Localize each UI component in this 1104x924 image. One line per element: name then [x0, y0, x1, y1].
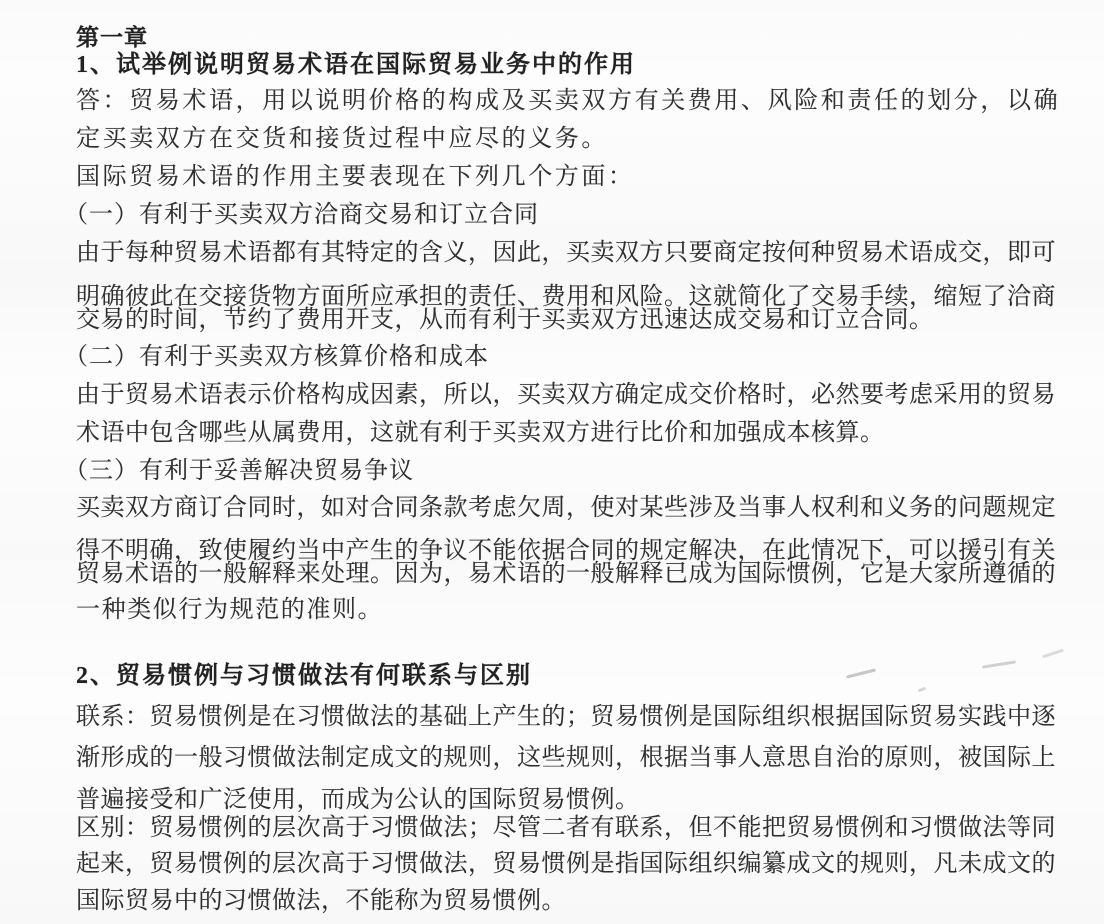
q1-answer-line: 国际贸易术语的作用主要表现在下列几个方面：	[76, 165, 635, 189]
q2-answer-line: 区别：贸易惯例的层次高于习惯做法；尽管二者有联系，但不能把贸易惯例和习惯做法等同	[76, 816, 1056, 840]
q1-answer-line: 得不明确，致使履约当中产生的争议不能依据合同的规定解决，在此情况下，可以援引有关	[76, 539, 1056, 563]
q1-answer-line: 由于贸易术语表示价格构成因素，所以，买卖双方确定成交价格时，必然要考虑采用的贸易	[76, 383, 1056, 407]
q2-answer-line: 起来，贸易惯例的层次高于习惯做法，贸易惯例是指国际组织编纂成文的规则，凡未成文的	[76, 852, 1056, 876]
q1-answer-line: 由于每种贸易术语都有其特定的含义，因此，买卖双方只要商定按何种贸易术语成交，即可	[76, 241, 1056, 265]
question-2-heading: 2、贸易惯例与习惯做法有何联系与区别	[76, 664, 532, 688]
scan-smudge-mark	[982, 660, 1016, 668]
q1-answer-line: 明确彼此在交接货物方面所应承担的责任、费用和风险。这就简化了交易手续，缩短了洽商	[76, 285, 1056, 309]
q1-answer-line: 术语中包含哪些从属费用，这就有利于买卖双方进行比价和加强成本核算。	[76, 421, 885, 445]
q1-point-2-subheading: （二）有利于买卖双方核算价格和成本	[64, 345, 489, 369]
q1-answer-line: 定买卖双方在交货和接货过程中应尽的义务。	[76, 127, 608, 151]
q1-answer-line: 一种类似行为规范的准则。	[76, 598, 383, 622]
scan-smudge-mark	[1042, 649, 1064, 659]
chapter-heading: 第一章	[76, 26, 148, 49]
scan-smudge-mark	[918, 687, 927, 693]
scan-smudge-mark	[846, 668, 876, 678]
q1-answer-line: 交易的时间，节约了费用开支，从而有利于买卖双方迅速达成交易和订立合同。	[76, 308, 934, 332]
document-page: 第一章 1、试举例说明贸易术语在国际贸易业务中的作用 答：贸易术语，用以说明价格…	[0, 0, 1104, 924]
q2-answer-line: 渐形成的一般习惯做法制定成文的规则，这些规则，根据当事人意思自治的原则，被国际上	[76, 746, 1056, 770]
q1-point-1-subheading: （一）有利于买卖双方洽商交易和订立合同	[64, 203, 539, 227]
q1-answer-line: 答：贸易术语，用以说明价格的构成及买卖双方有关费用、风险和责任的划分，以确	[76, 89, 1060, 113]
question-1-heading: 1、试举例说明贸易术语在国际贸易业务中的作用	[76, 53, 636, 77]
q1-answer-line: 贸易术语的一般解释来处理。因为，易术语的一般解释已成为国际惯例，它是大家所遵循的	[76, 562, 1056, 586]
q1-point-3-subheading: （三）有利于妥善解决贸易争议	[64, 459, 414, 483]
q2-answer-line: 国际贸易中的习惯做法，不能称为贸易惯例。	[76, 889, 566, 913]
q2-answer-line: 普遍接受和广泛使用，而成为公认的国际贸易惯例。	[76, 788, 640, 812]
q1-answer-line: 买卖双方商订合同时，如对合同条款考虑欠周，使对某些涉及当事人权利和义务的问题规定	[76, 496, 1056, 520]
q2-answer-line: 联系：贸易惯例是在习惯做法的基础上产生的；贸易惯例是国际组织根据国际贸易实践中逐	[76, 705, 1056, 729]
